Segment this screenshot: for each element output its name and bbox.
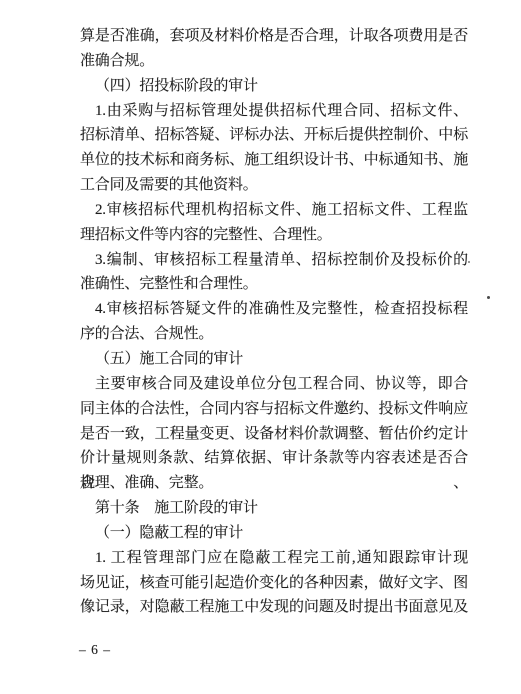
text-line: 理招标文件等内容的完整性、合理性。 [80,223,468,248]
text-line: 同主体的合法性，合同内容与招标文件邀约、投标文件响应 [80,397,468,422]
text-line: 1. 工程管理部门应在隐蔽工程完工前,通知跟踪审计现 [80,546,468,571]
text-line: 2.审核招标代理机构招标文件、施工招标文件、工程监 [80,198,468,223]
text-line: 像记录，对隐蔽工程施工中发现的问题及时提出书面意见及 [80,595,468,620]
scan-speck [487,296,490,299]
text-line: 主要审核合同及建设单位分包工程合同、协议等，即合 [80,372,468,397]
text-line: 算是否准确，套项及材料价格是否合理，计取各项费用是否 [80,24,468,49]
text-line: 工合同及需要的其他资料。 [80,173,468,198]
text-line: 场见证，核查可能引起造价变化的各种因素，做好文字、图 [80,571,468,596]
text-line: 序的合法、合规性。 [80,322,468,347]
text-line: 准确性、完整性和合理性。 [80,272,468,297]
text-line: 单位的技术标和商务标、施工组织设计书、中标通知书、施 [80,148,468,173]
text-line: 价计量规则条款、结算依据、审计条款等内容表述是否合规、 [80,446,468,471]
text-line: 4.审核招标答疑文件的准确性及完整性，检查招投标程 [80,297,468,322]
text-line: 3.编制、审核招标工程量清单、招标控制价及投标价的 [80,248,468,273]
text-line: （五）施工合同的审计 [80,347,468,372]
document-page: 算是否准确，套项及材料价格是否合理，计取各项费用是否准确合规。（四）招投标阶段的… [0,0,521,694]
text-line: 第十条 施工阶段的审计 [80,496,468,521]
text-line: 招标清单、招标答疑、评标办法、开标后提供控制价、中标 [80,123,468,148]
text-line: （四）招投标阶段的审计 [80,74,468,99]
text-line: 准确合规。 [80,49,468,74]
text-line: （一）隐蔽工程的审计 [80,521,468,546]
scan-speck [468,261,470,263]
body-text: 算是否准确，套项及材料价格是否合理，计取各项费用是否准确合规。（四）招投标阶段的… [80,24,468,620]
text-line: 是否一致，工程量变更、设备材料价款调整、暂估价约定计 [80,422,468,447]
text-line: 1.由采购与招标管理处提供招标代理合同、招标文件、 [80,99,468,124]
page-number: – 6 – [79,642,111,658]
